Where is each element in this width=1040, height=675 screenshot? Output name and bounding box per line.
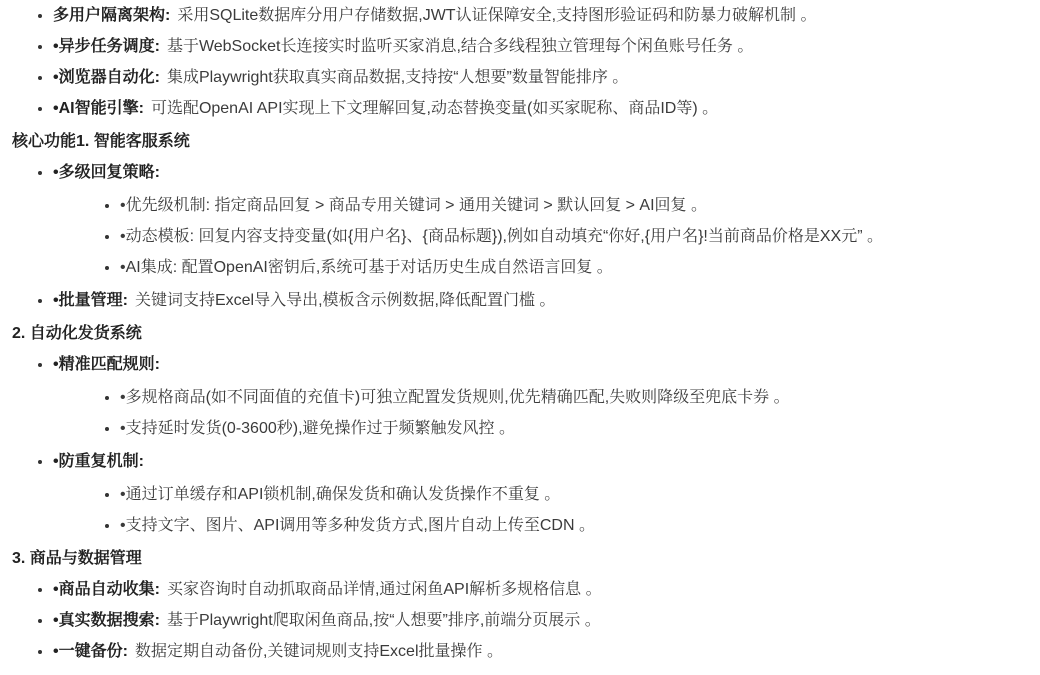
item-label: •防重复机制: — [53, 453, 144, 470]
item-label: •浏览器自动化: — [53, 69, 160, 86]
section-heading: 3. 商品与数据管理 — [12, 547, 1028, 571]
item-text: •支持文字、图片、API调用等多种发货方式,图片自动上传至CDN 。 — [120, 517, 595, 534]
sub-list-item: •多规格商品(如不同面值的充值卡)可独立配置发货规则,优先精确匹配,失败则降级至… — [120, 386, 1028, 410]
item-text: •多规格商品(如不同面值的充值卡)可独立配置发货规则,优先精确匹配,失败则降级至… — [120, 389, 790, 406]
feature-list: 多用户隔离架构:采用SQLite数据库分用户存储数据,JWT认证保障安全,支持图… — [12, 4, 1028, 121]
item-text: 关键词支持Excel导入导出,模板含示例数据,降低配置门槛 。 — [135, 292, 555, 309]
item-label: •AI智能引擎: — [53, 100, 144, 117]
item-text: 基于WebSocket长连接实时监听买家消息,结合多线程独立管理每个闲鱼账号任务… — [167, 38, 753, 55]
sub-list-item: •动态模板: 回复内容支持变量(如{用户名}、{商品标题}),例如自动填充“你好… — [120, 225, 1028, 249]
item-label: •真实数据搜索: — [53, 612, 160, 629]
feature-list: •多级回复策略:•优先级机制: 指定商品回复 > 商品专用关键词 > 通用关键词… — [12, 161, 1028, 313]
list-item: •一键备份:数据定期自动备份,关键词规则支持Excel批量操作 。 — [53, 640, 1028, 664]
item-label: 多用户隔离架构: — [53, 7, 170, 24]
section-heading: 2. 自动化发货系统 — [12, 322, 1028, 346]
sublist: •优先级机制: 指定商品回复 > 商品专用关键词 > 通用关键词 > 默认回复 … — [53, 194, 1028, 280]
list-item: •精准匹配规则:•多规格商品(如不同面值的充值卡)可独立配置发货规则,优先精确匹… — [53, 353, 1028, 441]
item-text: •AI集成: 配置OpenAI密钥后,系统可基于对话历史生成自然语言回复 。 — [120, 259, 613, 276]
list-item: •真实数据搜索:基于Playwright爬取闲鱼商品,按“人想要”排序,前端分页… — [53, 609, 1028, 633]
feature-list: •商品自动收集:买家咨询时自动抓取商品详情,通过闲鱼API解析多规格信息 。•真… — [12, 578, 1028, 664]
item-text: 集成Playwright获取真实商品数据,支持按“人想要”数量智能排序 。 — [167, 69, 628, 86]
item-text: •动态模板: 回复内容支持变量(如{用户名}、{商品标题}),例如自动填充“你好… — [120, 228, 883, 245]
item-text: 数据定期自动备份,关键词规则支持Excel批量操作 。 — [135, 643, 503, 660]
item-text: 可选配OpenAI API实现上下文理解回复,动态替换变量(如买家昵称、商品ID… — [151, 100, 718, 117]
section: 多用户隔离架构:采用SQLite数据库分用户存储数据,JWT认证保障安全,支持图… — [12, 4, 1028, 121]
item-label: •多级回复策略: — [53, 164, 160, 181]
list-item: •防重复机制:•通过订单缓存和API锁机制,确保发货和确认发货操作不重复 。•支… — [53, 450, 1028, 538]
sub-list-item: •AI集成: 配置OpenAI密钥后,系统可基于对话历史生成自然语言回复 。 — [120, 256, 1028, 280]
sub-list-item: •支持文字、图片、API调用等多种发货方式,图片自动上传至CDN 。 — [120, 514, 1028, 538]
list-item: •浏览器自动化:集成Playwright获取真实商品数据,支持按“人想要”数量智… — [53, 66, 1028, 90]
item-text: •通过订单缓存和API锁机制,确保发货和确认发货操作不重复 。 — [120, 486, 560, 503]
item-text: 基于Playwright爬取闲鱼商品,按“人想要”排序,前端分页展示 。 — [167, 612, 601, 629]
sub-list-item: •支持延时发货(0-3600秒),避免操作过于频繁触发风控 。 — [120, 417, 1028, 441]
section: 2. 自动化发货系统•精准匹配规则:•多规格商品(如不同面值的充值卡)可独立配置… — [12, 322, 1028, 538]
item-label: •商品自动收集: — [53, 581, 160, 598]
item-label: •精准匹配规则: — [53, 356, 160, 373]
list-item: •异步任务调度:基于WebSocket长连接实时监听买家消息,结合多线程独立管理… — [53, 35, 1028, 59]
item-text: 买家咨询时自动抓取商品详情,通过闲鱼API解析多规格信息 。 — [167, 581, 602, 598]
list-item: •AI智能引擎:可选配OpenAI API实现上下文理解回复,动态替换变量(如买… — [53, 97, 1028, 121]
list-item: •多级回复策略:•优先级机制: 指定商品回复 > 商品专用关键词 > 通用关键词… — [53, 161, 1028, 280]
item-label: •一键备份: — [53, 643, 128, 660]
item-text: •优先级机制: 指定商品回复 > 商品专用关键词 > 通用关键词 > 默认回复 … — [120, 197, 707, 214]
section: 3. 商品与数据管理•商品自动收集:买家咨询时自动抓取商品详情,通过闲鱼API解… — [12, 547, 1028, 664]
sublist: •多规格商品(如不同面值的充值卡)可独立配置发货规则,优先精确匹配,失败则降级至… — [53, 386, 1028, 441]
item-label: •异步任务调度: — [53, 38, 160, 55]
list-item: •商品自动收集:买家咨询时自动抓取商品详情,通过闲鱼API解析多规格信息 。 — [53, 578, 1028, 602]
item-text: 采用SQLite数据库分用户存储数据,JWT认证保障安全,支持图形验证码和防暴力… — [177, 7, 816, 24]
list-item: 多用户隔离架构:采用SQLite数据库分用户存储数据,JWT认证保障安全,支持图… — [53, 4, 1028, 28]
list-item: •批量管理:关键词支持Excel导入导出,模板含示例数据,降低配置门槛 。 — [53, 289, 1028, 313]
sublist: •通过订单缓存和API锁机制,确保发货和确认发货操作不重复 。•支持文字、图片、… — [53, 483, 1028, 538]
feature-list: •精准匹配规则:•多规格商品(如不同面值的充值卡)可独立配置发货规则,优先精确匹… — [12, 353, 1028, 538]
section: 核心功能1. 智能客服系统•多级回复策略:•优先级机制: 指定商品回复 > 商品… — [12, 130, 1028, 313]
item-label: •批量管理: — [53, 292, 128, 309]
document: 多用户隔离架构:采用SQLite数据库分用户存储数据,JWT认证保障安全,支持图… — [0, 0, 1040, 664]
section-heading: 核心功能1. 智能客服系统 — [12, 130, 1028, 154]
item-text: •支持延时发货(0-3600秒),避免操作过于频繁触发风控 。 — [120, 420, 515, 437]
sub-list-item: •优先级机制: 指定商品回复 > 商品专用关键词 > 通用关键词 > 默认回复 … — [120, 194, 1028, 218]
sub-list-item: •通过订单缓存和API锁机制,确保发货和确认发货操作不重复 。 — [120, 483, 1028, 507]
